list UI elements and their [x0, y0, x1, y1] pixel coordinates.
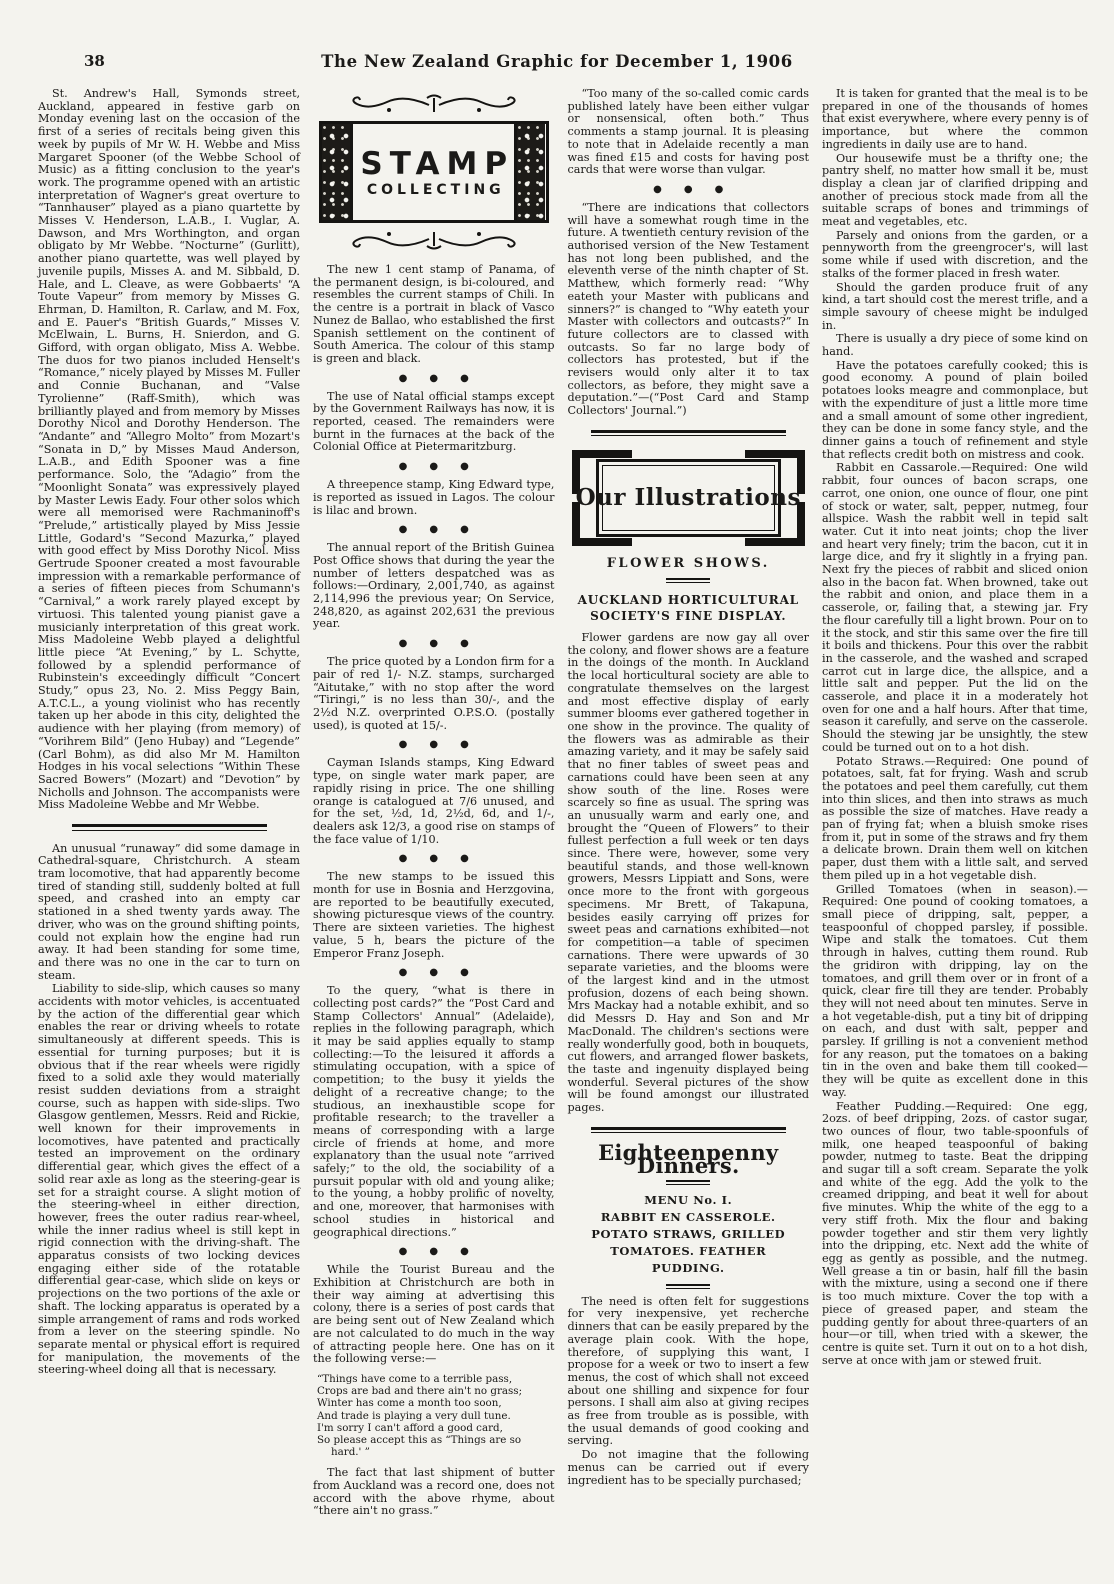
verse-line: And trade is playing a very dull tune. — [317, 1410, 555, 1422]
section-separator: ●●● — [313, 740, 555, 750]
verse-line: So please accept this as “Things are so — [317, 1434, 555, 1446]
comic-cards-item: “Too many of the so-called comic cards p… — [568, 88, 810, 177]
stamp-item: The new stamps to be issued this month f… — [313, 871, 555, 960]
verse-line: hard.' ” — [317, 1446, 555, 1458]
page-title: The New Zealand Graphic for December 1, … — [0, 52, 1114, 71]
stamp-box-center: STAMP COLLECTING — [350, 124, 517, 220]
recital-article: St. Andrew's Hall, Symonds street, Auckl… — [38, 88, 300, 812]
our-illustrations-box: Our Illustrations — [572, 450, 806, 546]
paragraph: It is taken for granted that the meal is… — [822, 88, 1088, 152]
column-2: STAMP COLLECTING The new 1 cent stamp of… — [313, 88, 555, 1574]
stamp-item: The price quoted by a London firm for a … — [313, 656, 555, 732]
flourish-top-icon — [349, 92, 519, 118]
section-separator: ●●● — [313, 968, 555, 978]
stamp-box-frame: STAMP COLLECTING — [319, 121, 549, 223]
stamp-item: Cayman Islands stamps, King Edward type,… — [313, 757, 555, 846]
collectors-future-item: “There are indications that collectors w… — [568, 202, 810, 418]
stamp-title: STAMP — [353, 148, 514, 180]
stamp-item: The use of Natal official stamps except … — [313, 391, 555, 455]
sideslip-article: Liability to side-slip, which causes so … — [38, 983, 300, 1377]
paragraph: Parsely and onions from the garden, or a… — [822, 230, 1088, 281]
page-header: 38 The New Zealand Graphic for December … — [0, 0, 1114, 86]
illustrations-frame: Our Illustrations — [596, 459, 782, 537]
floral-panel-right-icon — [517, 124, 545, 220]
stamp-collecting-masthead: STAMP COLLECTING — [319, 92, 549, 252]
dinners-note: Do not imagine that the following menus … — [568, 1449, 810, 1487]
section-separator: ●●● — [313, 374, 555, 384]
postcard-verse: “Things have come to a terrible pass, Cr… — [317, 1373, 555, 1458]
section-separator: ●●● — [568, 185, 810, 195]
divider-rule — [591, 430, 786, 437]
menu-line: RABBIT EN CASSEROLE. — [578, 1209, 800, 1226]
dinners-intro: The need is often felt for suggestions f… — [568, 1296, 810, 1448]
paragraph: Have the potatoes carefully cooked; this… — [822, 360, 1088, 462]
floral-panel-left-icon — [322, 124, 350, 220]
verse-line: I'm sorry I can't afford a good card, — [317, 1422, 555, 1434]
flower-shows-subheading: AUCKLAND HORTICULTURAL SOCIETY'S FINE DI… — [574, 592, 804, 624]
feather-pudding-recipe: Feather Pudding.—Required: One egg, 2ozs… — [822, 1101, 1088, 1368]
menu-line: MENU No. I. — [578, 1192, 800, 1209]
column-4: It is taken for granted that the meal is… — [822, 88, 1088, 1574]
stamp-item: To the query, “what is there in collecti… — [313, 985, 555, 1239]
illustrations-frame-inner: Our Illustrations — [602, 465, 776, 531]
stamp-item: The annual report of the British Guinea … — [313, 542, 555, 631]
short-rule — [666, 1284, 710, 1289]
stamp-item: A threepence stamp, King Edward type, is… — [313, 479, 555, 517]
newspaper-columns: St. Andrew's Hall, Symonds street, Auckl… — [38, 88, 1088, 1574]
flower-shows-heading: FLOWER SHOWS. — [568, 558, 810, 571]
paragraph: There is usually a dry piece of some kin… — [822, 333, 1088, 358]
section-separator: ●●● — [313, 639, 555, 649]
divider-rule — [591, 1127, 786, 1134]
column-1: St. Andrew's Hall, Symonds street, Auckl… — [38, 88, 300, 1574]
grilled-tomatoes-recipe: Grilled Tomatoes (when in season).—Requi… — [822, 884, 1088, 1100]
stamp-item: While the Tourist Bureau and the Exhibit… — [313, 1264, 555, 1366]
rabbit-recipe: Rabbit en Cassarole.—Required: One wild … — [822, 462, 1088, 754]
paragraph: Should the garden produce fruit of any k… — [822, 282, 1088, 333]
potato-straws-recipe: Potato Straws.—Required: One pound of po… — [822, 756, 1088, 883]
section-separator: ●●● — [313, 525, 555, 535]
verse-line: “Things have come to a terrible pass, — [317, 1373, 555, 1385]
butter-note: The fact that last shipment of butter fr… — [313, 1467, 555, 1518]
runaway-article: An unusual “runaway” did some damage in … — [38, 843, 300, 983]
verse-line: Crops are bad and there ain't no grass; — [317, 1385, 555, 1397]
section-separator: ●●● — [313, 462, 555, 472]
column-3: “Too many of the so-called comic cards p… — [568, 88, 810, 1574]
short-rule — [666, 1180, 710, 1185]
flourish-bottom-icon — [349, 226, 519, 252]
paragraph: Our housewife must be a thrifty one; the… — [822, 153, 1088, 229]
flower-shows-article: Flower gardens are now gay all over the … — [568, 632, 810, 1115]
collecting-title: COLLECTING — [363, 184, 505, 197]
menu-line: POTATO STRAWS, GRILLED TOMATOES. FEATHER… — [578, 1226, 800, 1277]
divider-rule — [72, 824, 267, 831]
section-separator: ●●● — [313, 1247, 555, 1257]
illustrations-title: Our Illustrations — [576, 492, 801, 505]
verse-line: Winter has come a month too soon, — [317, 1397, 555, 1409]
section-separator: ●●● — [313, 854, 555, 864]
dinners-heading: Eighteenpenny Dinners. — [568, 1147, 810, 1172]
stamp-item: The new 1 cent stamp of Panama, of the p… — [313, 264, 555, 366]
short-rule — [666, 578, 710, 583]
